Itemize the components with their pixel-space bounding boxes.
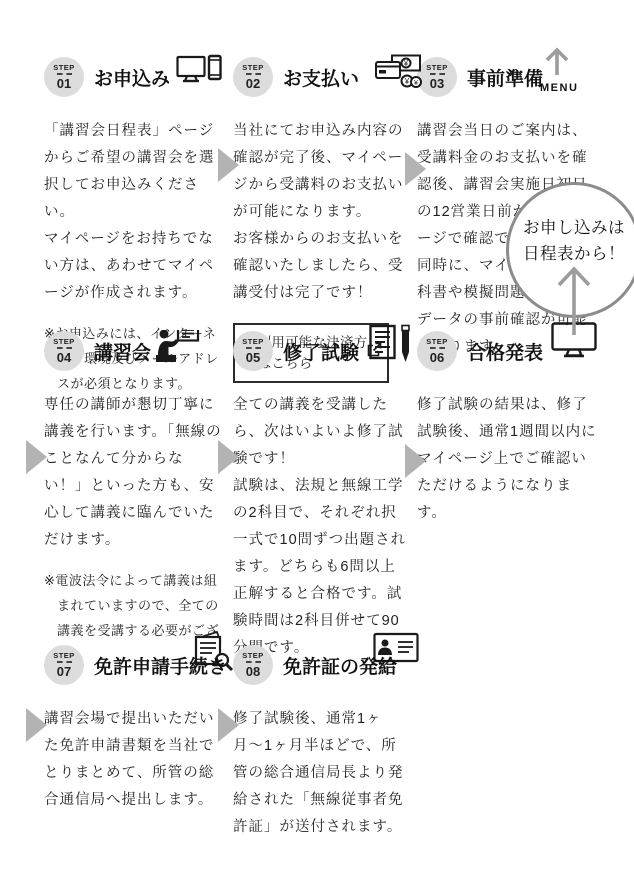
step-05-body: 全ての講義を受講したら、次はいよいよ修了試験です！ 試験は、法規と無線工学の2科… [233, 392, 411, 662]
monitor-phone-icon [176, 54, 222, 90]
step-01-title: お申込み [94, 64, 170, 91]
step-07-title: 免許申請手続き [94, 652, 227, 679]
step-word: STEP [242, 652, 264, 660]
step-04-title: 講習会 [94, 338, 151, 365]
step-02-header: STEP 02 お支払い ¥ ¥ [233, 56, 411, 98]
back-to-top-button[interactable] [543, 45, 571, 77]
flow-arrow-icon [405, 152, 426, 186]
step-number: 07 [57, 665, 71, 678]
step-01-body: 「講習会日程表」ページからご希望の講習会を選択してお申込みください。 マイページ… [44, 118, 222, 307]
step-bar-decor [57, 661, 72, 663]
promo-badge-line1: お申し込みは [509, 215, 634, 241]
menu-button[interactable]: MENU [540, 82, 578, 94]
step-08-body: 修了試験後、通常1ヶ月〜1ヶ月半ほどで、所管の総合通信局長より発給された「無線従… [233, 706, 411, 841]
step-word: STEP [242, 64, 264, 72]
step-08-header: STEP 08 免許証の発給 [233, 644, 411, 686]
step-word: STEP [242, 338, 264, 346]
step-02-title: お支払い [283, 64, 359, 91]
step-07-badge: STEP 07 [44, 645, 84, 685]
step-05-header: STEP 05 修了試験 [233, 330, 411, 372]
step-07-header: STEP 07 免許申請手続き [44, 644, 222, 686]
step-word: STEP [53, 652, 75, 660]
step-number: 06 [430, 351, 444, 364]
step-word: STEP [53, 338, 75, 346]
step-03-badge: STEP 03 [417, 57, 457, 97]
step-number: 08 [246, 665, 260, 678]
lecturer-icon [154, 330, 200, 364]
step-04-badge: STEP 04 [44, 331, 84, 371]
step-number: 03 [430, 77, 444, 90]
flow-arrow-icon [218, 148, 239, 182]
payment-icon: ¥ ¥ ¥ [375, 54, 423, 90]
step-08-title: 免許証の発給 [283, 652, 397, 679]
steps-page: STEP 01 お申込み 「講習会日程表」ページからご希望 [0, 0, 634, 896]
step-card-05: STEP 05 修了試験 [233, 330, 411, 662]
step-bar-decor [246, 347, 261, 349]
step-card-04: STEP 04 講習会 専任の講師が懇切丁寧に講義を行います。「無線のことなんて… [44, 330, 222, 642]
svg-text:¥: ¥ [403, 59, 409, 68]
step-01-badge: STEP 01 [44, 57, 84, 97]
step-word: STEP [53, 64, 75, 72]
svg-text:¥: ¥ [414, 80, 418, 87]
flow-arrow-icon [26, 708, 47, 742]
step-number: 02 [246, 77, 260, 90]
step-bar-decor [246, 661, 261, 663]
svg-text:¥: ¥ [404, 77, 410, 86]
flow-arrow-icon [26, 440, 47, 474]
step-06-badge: STEP 06 [417, 331, 457, 371]
step-04-body: 専任の講師が懇切丁寧に講義を行います。「無線のことなんて分からない！」といった方… [44, 392, 222, 554]
arrow-up-icon [552, 263, 596, 337]
step-05-badge: STEP 05 [233, 331, 273, 371]
promo-badge[interactable]: お申し込みは 日程表から！ [506, 182, 634, 318]
step-bar-decor [246, 73, 261, 75]
step-02-body: 当社にてお申込み内容の確認が完了後、マイページから受講料のお支払いが可能になりま… [233, 118, 411, 307]
flow-arrow-icon [218, 440, 239, 474]
step-card-08: STEP 08 免許証の発給 修了試験後、通常1ヶ月〜1ヶ [233, 644, 411, 841]
step-04-header: STEP 04 講習会 [44, 330, 222, 372]
step-08-badge: STEP 08 [233, 645, 273, 685]
step-bar-decor [57, 347, 72, 349]
arrow-up-icon [543, 45, 571, 77]
step-05-title: 修了試験 [283, 338, 359, 365]
step-card-06: STEP 06 合格発表 修了試験の結果は、修了試験後、通常1週間以内にマイペー… [417, 330, 601, 527]
step-word: STEP [426, 338, 448, 346]
step-03-title: 事前準備 [467, 64, 543, 91]
step-02-badge: STEP 02 [233, 57, 273, 97]
step-number: 05 [246, 351, 260, 364]
step-07-body: 講習会場で提出いただいた免許申請書類を当社でとりまとめて、所管の総合通信局へ提出… [44, 706, 222, 814]
step-06-body: 修了試験の結果は、修了試験後、通常1週間以内にマイページ上でご確認いただけるよう… [417, 392, 601, 527]
step-bar-decor [430, 73, 445, 75]
flow-arrow-icon [405, 444, 426, 478]
exam-paper-pencil-icon [369, 324, 413, 364]
step-card-07: STEP 07 免許申請手続き [44, 644, 222, 814]
step-bar-decor [430, 347, 445, 349]
step-06-title: 合格発表 [467, 338, 543, 365]
step-word: STEP [426, 64, 448, 72]
step-number: 04 [57, 351, 71, 364]
step-01-header: STEP 01 お申込み [44, 56, 222, 98]
step-bar-decor [57, 73, 72, 75]
flow-arrow-icon [218, 708, 239, 742]
step-number: 01 [57, 77, 71, 90]
